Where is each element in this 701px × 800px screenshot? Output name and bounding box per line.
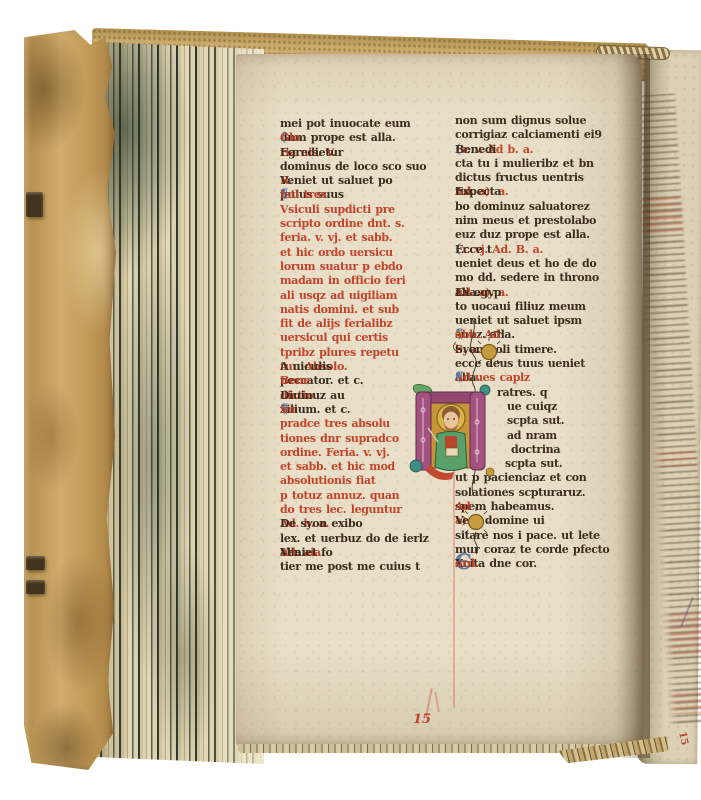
manuscript-line: madam in officio feri (280, 274, 452, 288)
manuscript-line: corrigiaz calciamenti ei9 (455, 128, 637, 142)
manuscript-line: ria nis. V. Egredietur (280, 146, 452, 160)
manuscript-line: alla. Ad. a). a. Ex egyp (455, 286, 637, 300)
manuscript-line: Vsiculi supdicti pre (280, 203, 452, 217)
leather-cover (24, 30, 116, 770)
manuscript-line: nim meus et prestolabo (455, 214, 637, 228)
folio-number: 15 (402, 712, 442, 727)
manuscript-line: lorum suatur p ebdo (280, 260, 452, 274)
manuscript-photograph: 15 mei pot inuocate eumdnm prope est all… (0, 0, 701, 800)
manuscript-line: ali usqz ad uigiliam (280, 289, 452, 303)
manuscript-line: Ad. b. a. De syon exibo (280, 517, 452, 531)
manuscript-line: to uocaui filiuz meum (455, 300, 637, 314)
manuscript-line: tier me post me cuius t (280, 560, 452, 574)
manuscript-line: non sum dignus solue (455, 114, 637, 128)
manuscript-line: bo dominuz saluatorez (455, 200, 637, 214)
manuscript-line: dictus fructus uentris (455, 171, 637, 185)
manuscript-line: euz duz prope est alla. (455, 228, 637, 242)
manuscript-line: fit de alijs ferialibz (280, 317, 452, 331)
manuscript-line: ueniet deus et ho de do (455, 257, 637, 271)
manuscript-line: cta tu i mulieribz et bn (455, 157, 637, 171)
manuscript-line: (Fr. v. Ad b. a. Benedi (455, 143, 637, 157)
manuscript-line: p totuz annuz. quan (280, 489, 452, 503)
historiated-initial-saint (406, 382, 496, 480)
facing-rubric (652, 450, 700, 467)
manuscript-line: mei pot inuocate eum (280, 117, 452, 131)
manuscript-line: natis domini. et sub (280, 303, 452, 317)
facing-rubric (662, 612, 701, 655)
manuscript-line: pulus suus ¶ Isti tres (280, 188, 452, 202)
manuscript-line: tui Ad. a). a. Expecta (455, 185, 637, 199)
manuscript-line: lex. et uerbuz do de ierlz (280, 532, 452, 546)
text-column-left: mei pot inuocate eumdnm prope est alla.(… (280, 117, 452, 575)
manuscript-line: mo dd. sedere in throno (455, 271, 637, 285)
manuscript-line: uersicul qui certis (280, 331, 452, 345)
clasp-fitting-upper (26, 192, 43, 217)
manuscript-line: dominus de loco sco suo (280, 160, 452, 174)
manuscript-line: R. Veniet ut saluet po (280, 174, 452, 188)
clasp-fitting-lower (26, 580, 45, 594)
manuscript-line: tpribz plures repetu (280, 346, 452, 360)
manuscript-line: et hic ordo uersicu (280, 246, 452, 260)
manuscript-line: feria. v. vj. et sabb. (280, 231, 452, 245)
facing-rubric (666, 692, 701, 715)
clasp-fitting-lower (26, 556, 45, 570)
manuscript-line: dnm prope est alla.(Glo (280, 131, 452, 145)
manuscript-line: scripto ordine dnt. s. (280, 217, 452, 231)
manuscript-line: tur. Absolo. A uiculis (280, 360, 452, 374)
manuscript-line: alla. Ad. aia. Veniet fo (280, 546, 452, 560)
manuscript-line: (Fr. vj. Ad. B. a. Ecce t (455, 243, 637, 257)
manuscript-line: do tres lec. leguntur (280, 503, 452, 517)
manuscript-line: ЄXcita dne cor. ord. (455, 557, 637, 571)
